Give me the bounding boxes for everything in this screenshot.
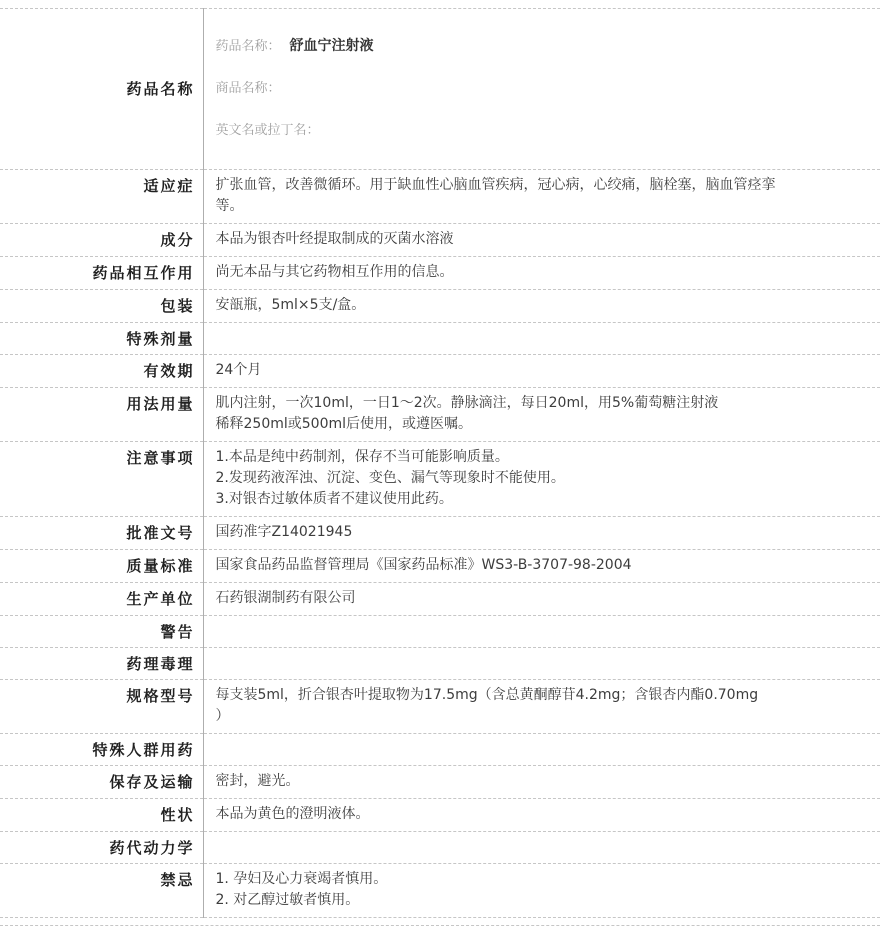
row-label: 批准文号: [0, 517, 203, 550]
row-label: 警告: [0, 616, 203, 648]
table-row: 成分本品为银杏叶经提取制成的灭菌水溶液: [0, 224, 880, 257]
table-row: 适应症扩张血管，改善微循环。用于缺血性心脑血管疾病，冠心病，心绞痛，脑栓塞，脑血…: [0, 170, 880, 224]
row-label: 药品相互作用: [0, 257, 203, 290]
row-value: [203, 648, 880, 680]
row-value: [203, 832, 880, 864]
row-value: 安瓿瓶，5ml×5支/盒。: [203, 290, 880, 323]
table-row: 质量标准国家食品药品监督管理局《国家药品标准》WS3-B-3707-98-200…: [0, 550, 880, 583]
row-value: 肌内注射，一次10ml，一日1～2次。静脉滴注，每日20ml，用5%葡萄糖注射液…: [203, 388, 880, 442]
trade-name-key: 商品名称：: [216, 78, 867, 99]
table-row: 药代动力学: [0, 832, 880, 864]
row-value: 1. 孕妇及心力衰竭者慎用。 2. 对乙醇过敏者慎用。: [203, 864, 880, 918]
row-label-drug-name: 药品名称: [0, 9, 203, 170]
row-label: 质量标准: [0, 550, 203, 583]
table-row: 特殊剂量: [0, 323, 880, 355]
row-value: 国药准字Z14021945: [203, 517, 880, 550]
row-value: 扩张血管，改善微循环。用于缺血性心脑血管疾病，冠心病，心绞痛，脑栓塞，脑血管痉挛…: [203, 170, 880, 224]
table-bottom-rule: [0, 918, 880, 926]
row-label: 特殊人群用药: [0, 734, 203, 766]
row-value: 密封，避光。: [203, 766, 880, 799]
drug-info-table: 药品名称 药品名称：舒血宁注射液 商品名称： 英文名或拉丁名： 适应症扩张血管，…: [0, 8, 880, 918]
table-row: 批准文号国药准字Z14021945: [0, 517, 880, 550]
row-label: 适应症: [0, 170, 203, 224]
row-value: 尚无本品与其它药物相互作用的信息。: [203, 257, 880, 290]
table-row: 特殊人群用药: [0, 734, 880, 766]
row-label: 包装: [0, 290, 203, 323]
row-label: 有效期: [0, 355, 203, 388]
row-label: 注意事项: [0, 442, 203, 517]
row-value: 本品为黄色的澄明液体。: [203, 799, 880, 832]
row-value: 石药银湖制药有限公司: [203, 583, 880, 616]
row-label: 特殊剂量: [0, 323, 203, 355]
row-value-drug-name: 药品名称：舒血宁注射液 商品名称： 英文名或拉丁名：: [203, 9, 880, 170]
row-value: [203, 323, 880, 355]
row-label: 规格型号: [0, 680, 203, 734]
row-value: 每支装5ml，折合银杏叶提取物为17.5mg（含总黄酮醇苷4.2mg；含银杏内酯…: [203, 680, 880, 734]
english-name-key: 英文名或拉丁名：: [216, 120, 867, 141]
table-row: 警告: [0, 616, 880, 648]
row-value: [203, 734, 880, 766]
table-row: 药品相互作用尚无本品与其它药物相互作用的信息。: [0, 257, 880, 290]
drug-name-value: 舒血宁注射液: [290, 38, 374, 54]
table-row: 保存及运输密封，避光。: [0, 766, 880, 799]
table-row: 禁忌1. 孕妇及心力衰竭者慎用。 2. 对乙醇过敏者慎用。: [0, 864, 880, 918]
row-label: 药代动力学: [0, 832, 203, 864]
table-row: 注意事项1.本品是纯中药制剂，保存不当可能影响质量。 2.发现药液浑浊、沉淀、变…: [0, 442, 880, 517]
row-label: 生产单位: [0, 583, 203, 616]
table-row: 用法用量肌内注射，一次10ml，一日1～2次。静脉滴注，每日20ml，用5%葡萄…: [0, 388, 880, 442]
row-label: 用法用量: [0, 388, 203, 442]
table-row: 生产单位石药银湖制药有限公司: [0, 583, 880, 616]
table-row: 规格型号每支装5ml，折合银杏叶提取物为17.5mg（含总黄酮醇苷4.2mg；含…: [0, 680, 880, 734]
drug-detail-page: 药品名称 药品名称：舒血宁注射液 商品名称： 英文名或拉丁名： 适应症扩张血管，…: [0, 0, 880, 926]
row-label: 禁忌: [0, 864, 203, 918]
info-table-body: 药品名称 药品名称：舒血宁注射液 商品名称： 英文名或拉丁名： 适应症扩张血管，…: [0, 9, 880, 918]
row-value: 24个月: [203, 355, 880, 388]
generic-name-key: 药品名称：: [216, 39, 281, 54]
row-label: 性状: [0, 799, 203, 832]
row-value: 本品为银杏叶经提取制成的灭菌水溶液: [203, 224, 880, 257]
table-row: 有效期24个月: [0, 355, 880, 388]
row-value: 1.本品是纯中药制剂，保存不当可能影响质量。 2.发现药液浑浊、沉淀、变色、漏气…: [203, 442, 880, 517]
row-value: [203, 616, 880, 648]
row-label: 保存及运输: [0, 766, 203, 799]
row-value: 国家食品药品监督管理局《国家药品标准》WS3-B-3707-98-2004: [203, 550, 880, 583]
generic-name-line: 药品名称：舒血宁注射液: [216, 36, 867, 57]
table-row-drug-name: 药品名称 药品名称：舒血宁注射液 商品名称： 英文名或拉丁名：: [0, 9, 880, 170]
row-label: 成分: [0, 224, 203, 257]
row-label: 药理毒理: [0, 648, 203, 680]
table-row: 性状本品为黄色的澄明液体。: [0, 799, 880, 832]
table-row: 包装安瓿瓶，5ml×5支/盒。: [0, 290, 880, 323]
table-row: 药理毒理: [0, 648, 880, 680]
